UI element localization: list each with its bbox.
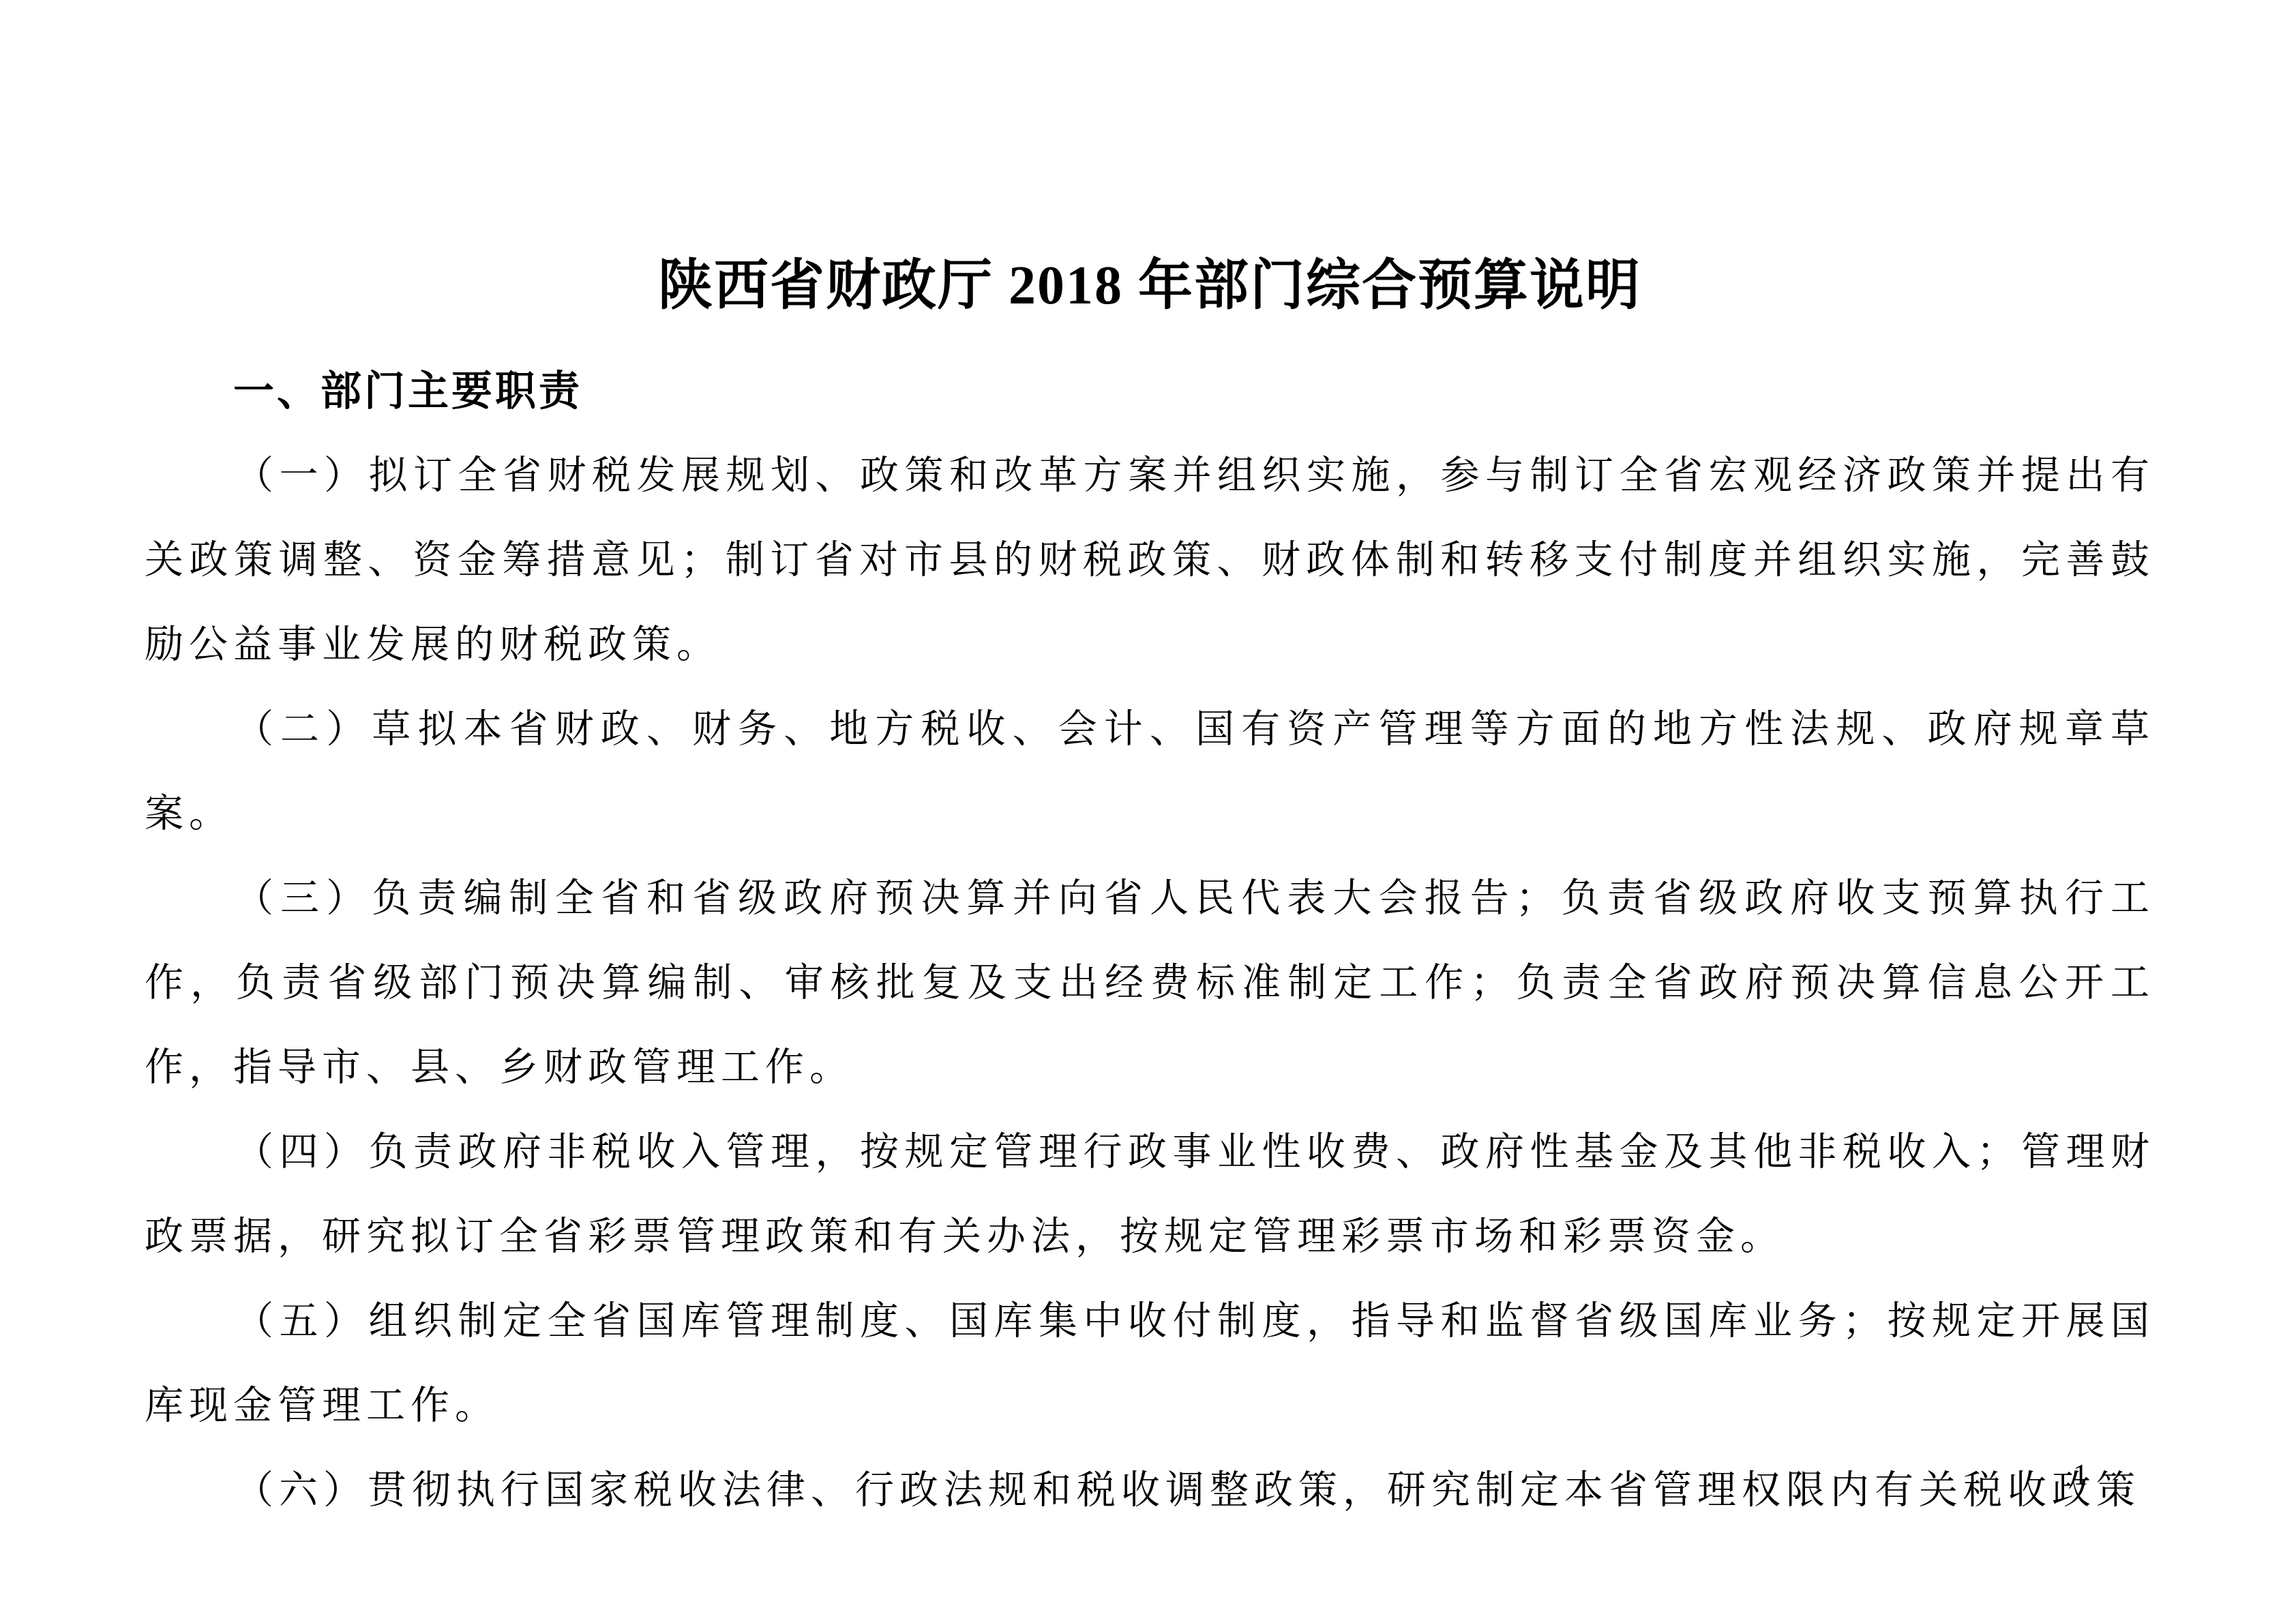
paragraph-5: （五）组织制定全省国库管理制度、国库集中收付制度，指导和监督省级国库业务；按规定… [145, 1279, 2155, 1448]
paragraph-3: （三）负责编制全省和省级政府预决算并向省人民代表大会报告；负责省级政府收支预算执… [145, 857, 2155, 1110]
document-title: 陕西省财政厅 2018 年部门综合预算说明 [145, 245, 2155, 326]
document-page: 陕西省财政厅 2018 年部门综合预算说明 一、部门主要职责 （一）拟订全省财税… [0, 0, 2296, 1623]
page-number: 1 [2073, 1456, 2088, 1494]
paragraph-6: （六）贯彻执行国家税收法律、行政法规和税收调整政策，研究制定本省管理权限内有关税… [145, 1448, 2155, 1533]
paragraph-4: （四）负责政府非税收入管理，按规定管理行政事业性收费、政府性基金及其他非税收入；… [145, 1110, 2155, 1279]
paragraph-2: （二）草拟本省财政、财务、地方税收、会计、国有资产管理等方面的地方性法规、政府规… [145, 687, 2155, 857]
section-heading: 一、部门主要职责 [145, 349, 2155, 434]
document-body: 陕西省财政厅 2018 年部门综合预算说明 一、部门主要职责 （一）拟订全省财税… [145, 245, 2155, 1533]
paragraph-1: （一）拟订全省财税发展规划、政策和改革方案并组织实施，参与制订全省宏观经济政策并… [145, 434, 2155, 687]
